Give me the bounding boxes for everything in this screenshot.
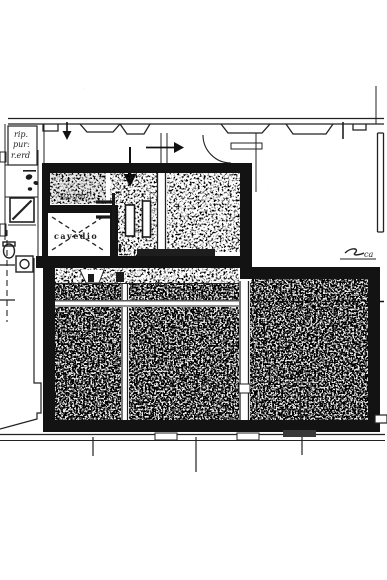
storage-room-label-2: pur:	[13, 140, 30, 149]
storage-room-label-3: r.erd	[11, 151, 30, 160]
window-symbol	[375, 415, 387, 423]
wall-top-upper-block	[42, 163, 252, 173]
storage-room-label-1: rip.	[14, 130, 28, 139]
floor-plan-page: rip. pur: r.erd Bagno	[0, 0, 387, 580]
cavedio-box: cavedio	[48, 213, 110, 256]
room-stipple	[167, 173, 240, 252]
wall-top-lower-block	[36, 256, 252, 268]
note-right-label: ca	[364, 250, 373, 259]
window-symbol	[237, 433, 259, 440]
wall-right	[368, 278, 380, 426]
room-stipple-heavy	[251, 279, 368, 421]
window-symbol	[155, 433, 177, 440]
wall-bottom	[43, 420, 380, 432]
wall-foot	[239, 384, 250, 393]
wall-left-lower-block	[43, 256, 55, 432]
bathroom-label: Bagno	[59, 191, 90, 203]
wall-top-right-block	[245, 267, 380, 279]
wall-bagno-cavedio	[42, 205, 118, 213]
diagonal-hatch-square	[10, 198, 34, 222]
floor-plan-drawing: rip. pur: r.erd Bagno	[0, 0, 387, 580]
storage-room-box: rip. pur: r.erd	[8, 126, 37, 165]
shaft-label: cavedio	[54, 231, 98, 241]
window-symbol-hatched	[283, 430, 316, 437]
